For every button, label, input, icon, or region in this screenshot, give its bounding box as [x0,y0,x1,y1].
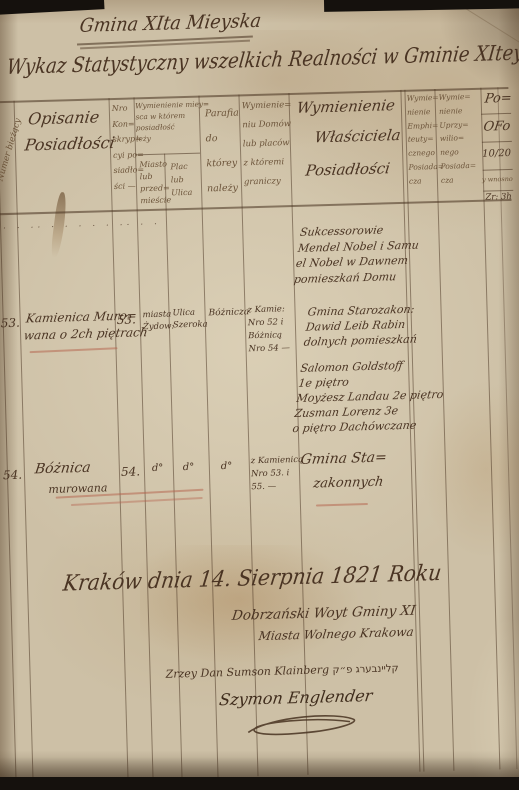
header-col-uprzywilejowany: Wymie=nienieUprzy=wilio=negoPosiada=cza [438,90,476,188]
header-col-mieysce: Wymienienie miey=sca w któremposiadłośćl… [135,98,210,144]
header-col-cut-fragment: OFo [482,119,511,135]
signature-witness-hebrew: קליינבערג פ״ק [332,663,398,676]
red-pencil-underline [71,497,203,506]
header-rule-bottom [0,199,512,215]
document-content: Gmina XIta Mieyska Wykaz Statystyczny ws… [0,0,519,790]
signature-wojt-line2: Miasta Wolnego Krakowa [258,625,415,643]
header-col-wlasciciel: Posiadłości [304,159,391,179]
header-col-wlasciciel: Właściciela [314,126,402,146]
row53-owner: Gmina Starozakon:Dawid Leib Rabindolnych… [292,301,456,437]
row54-owner: Gmina Sta= [300,449,388,467]
header-col-cut-fragment: y wnosno [482,175,513,184]
row53-conscription-no: 53. [117,312,136,327]
column-rule [164,154,183,779]
row54-parish-ditto: d° [221,461,233,472]
scan-edge-bottom [0,777,519,790]
row53-town: miastaŻydow: [142,308,174,333]
header-col-parafia: Parafiadoktóreynależy [205,100,242,201]
row54-description: Bóżnica [34,460,92,478]
header-rule-sub [481,113,511,115]
header-col-cut-fragment: 10/20 [482,148,511,160]
header-rule-sub [483,169,513,171]
signature-main: Szymon Englender [218,686,374,709]
header-col-wlasciciel: Wymienienie [296,96,396,117]
header-col-cut-fragment: Zr: 3h [485,192,512,203]
gmina-heading: Gmina XIta Mieyska [78,10,262,37]
row54-street-ditto: d° [183,462,195,473]
signature-witness: Zrzey Dan Sumson Klainberg קליינבערג פ״ק [165,661,398,681]
header-rule-sub [482,141,512,143]
header-col-cut-fragment: Po= [484,91,513,107]
header-col-miasto: Miastolubprzed=mieście [139,158,171,207]
header-col-opisanie: OpisaniePosiadłości [23,104,120,159]
signature-wojt: Dobrzański Woyt Gminy XI [231,603,417,624]
row53-parish: Bóżnicza [208,307,249,318]
scanned-register-page: Gmina XIta Mieyska Wykaz Statystyczny ws… [0,0,519,790]
row53-number: 53. [1,316,20,331]
header-col-numer: Numer bieżący [0,117,23,182]
row53-street: UlicaSzeroka [172,306,207,331]
row54-owner: zakonnych [312,475,384,492]
row54-borders: z KamienicąNro 53. i55. — [251,454,305,494]
row54-town-ditto: d° [152,463,164,474]
signature-flourish [242,709,363,742]
red-pencil-underline [30,347,118,353]
red-pencil-underline [316,503,368,506]
row53-borders: z Kamie:Nro 52 iBóżnicąNro 54 — [247,303,290,356]
column-rule [109,98,129,780]
header-col-granice: Wymienie=niu Domówlub placówz któremigra… [242,96,294,192]
date-line: Kraków dnia 14. Sierpnia 1821 Roku [61,561,442,597]
row54-conscription-no: 54. [121,464,140,479]
row54-number: 54. [3,468,22,483]
header-col-plac: PlaclubUlica [170,160,192,200]
header-rule-split [135,153,200,156]
note-previous-entry: SukcessorowieMendel Nobel i Samuel Nobel… [293,221,422,287]
column-rule [14,101,34,783]
